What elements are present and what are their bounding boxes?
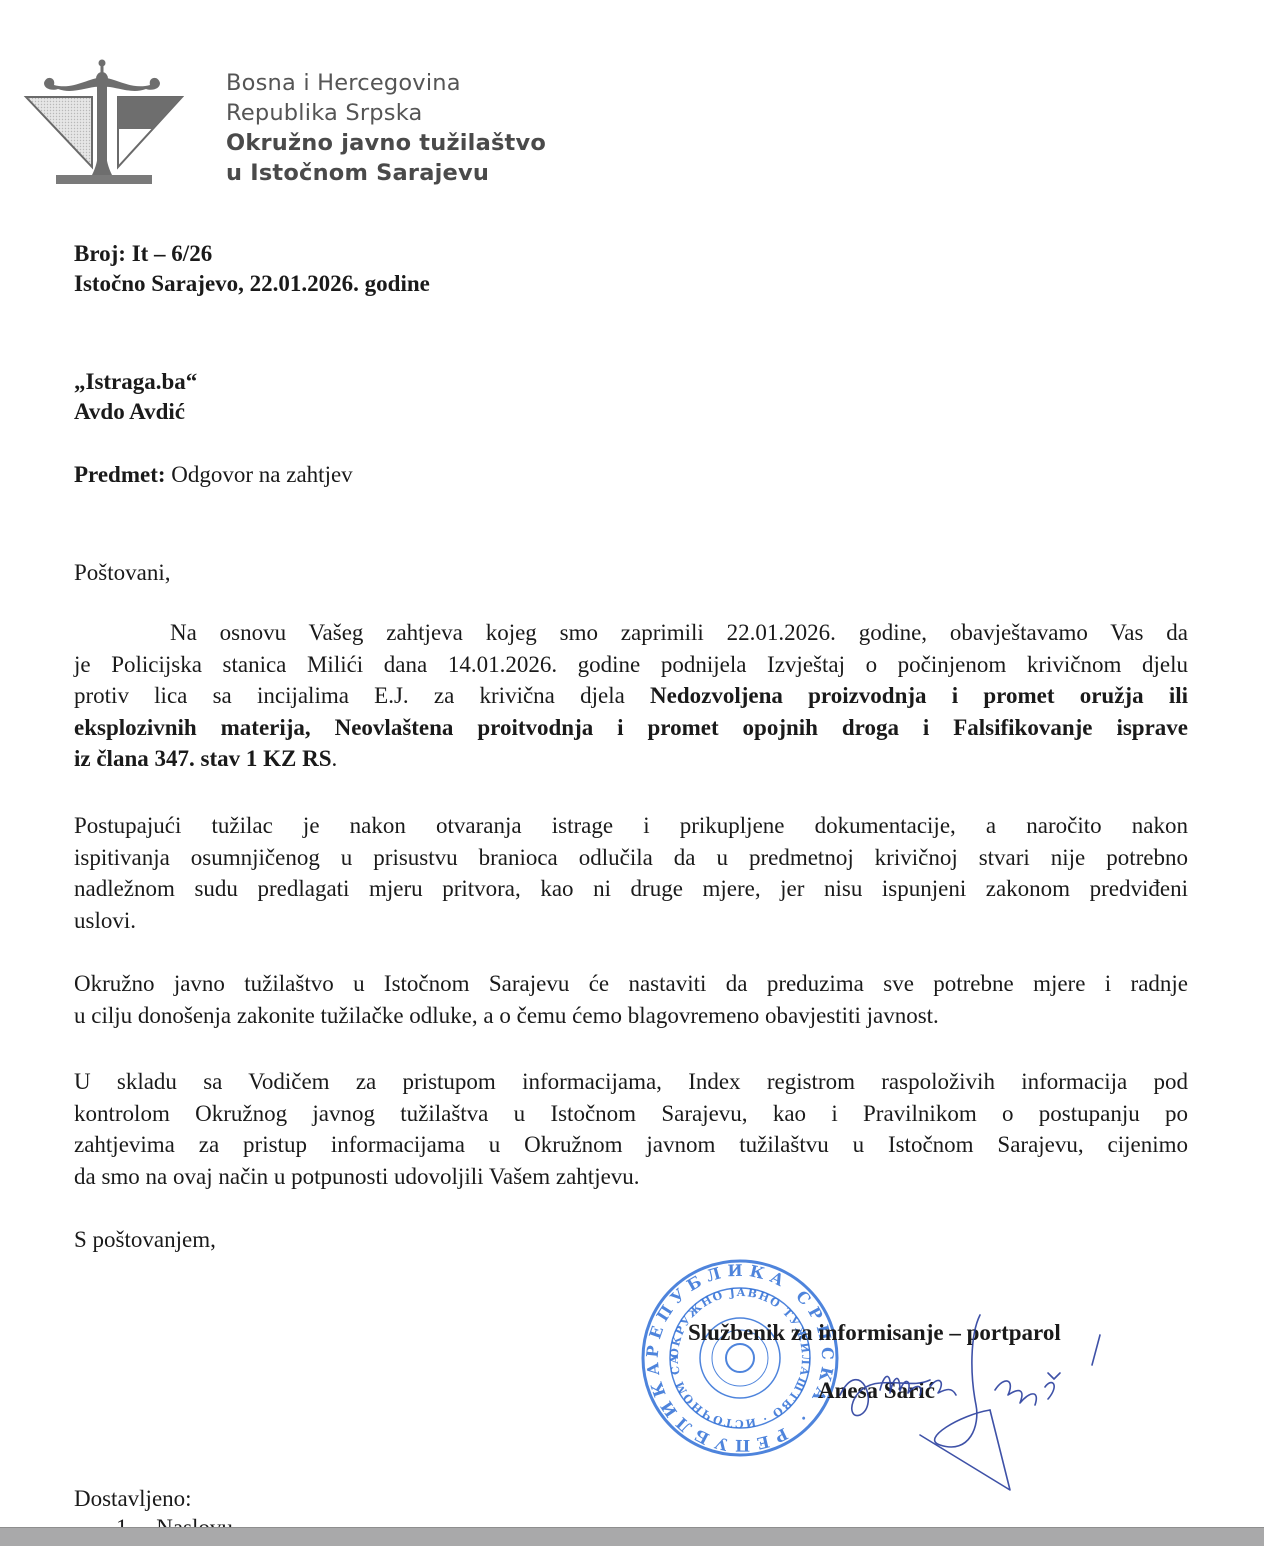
viewer-bottom-bar [0,1527,1264,1546]
paragraph-report-info: Na osnovu Vašeg zahtjeva kojeg smo zapri… [74,617,1188,775]
paragraph-line: protiv lica sa incijalima E.J. za krivič… [74,680,1188,712]
reference-number: Broj: It – 6/26 [74,239,212,269]
paragraph-line: kontrolom Okružnog javnog tužilaštva u I… [74,1098,1188,1130]
paragraph-line: Postupajući tužilac je nakon otvaranja i… [74,810,1188,842]
paragraph-line: U skladu sa Vodičem za pristupom informa… [74,1066,1188,1098]
text-segment: protiv lica sa incijalima E.J. za krivič… [74,683,650,708]
letterhead-city: u Istočnom Sarajevu [226,158,546,188]
letterhead: Bosna i Hercegovina Republika Srpska Okr… [226,68,546,188]
paragraph-line: uslovi. [74,905,1188,937]
legal-article: iz člana 347. stav 1 KZ RS [74,746,331,771]
criminal-offences: Nedozvoljena proizvodnja i promet oružja… [650,683,1188,708]
letterhead-country: Bosna i Hercegovina [226,68,546,98]
subject-value: Odgovor na zahtjev [166,462,353,487]
text-segment: . [331,746,337,771]
paragraph-line: eksplozivnih materija, Neovlaštena proit… [74,712,1188,744]
paragraph-further-measures: Okružno javno tužilaštvo u Istočnom Sara… [74,968,1188,1031]
handwritten-signature-icon [820,1295,1120,1495]
delivered-label: Dostavljeno: [74,1484,192,1514]
paragraph-prosecutor-decision: Postupajući tužilac je nakon otvaranja i… [74,810,1188,936]
recipient-organization: „Istraga.ba“ [74,367,197,397]
paragraph-line: Okružno javno tužilaštvo u Istočnom Sara… [74,968,1188,1000]
letterhead-office: Okružno javno tužilaštvo [226,128,546,158]
paragraph-line: da smo na ovaj način u potpunosti udovol… [74,1161,1188,1193]
salutation: Poštovani, [74,558,170,588]
paragraph-line: nadležnom sudu predlagati mjeru pritvora… [74,873,1188,905]
recipient-name: Avdo Avdić [74,397,185,427]
official-round-stamp-icon: РЕПУБЛИКА СРПСКА · РЕПУБЛИКА ОКРУЖНО ЈАВ… [640,1258,840,1458]
paragraph-line: je Policijska stanica Milići dana 14.01.… [74,649,1188,681]
place-date: Istočno Sarajevo, 22.01.2026. godine [74,269,430,299]
paragraph-line: u cilju donošenja zakonite tužilačke odl… [74,1000,1188,1032]
paragraph-line: ispitivanja osumnjičenog u prisustvu bra… [74,842,1188,874]
subject-label: Predmet: [74,462,166,487]
subject-line: Predmet: Odgovor na zahtjev [74,460,353,490]
paragraph-access-to-information: U skladu sa Vodičem za pristupom informa… [74,1066,1188,1192]
paragraph-line: Na osnovu Vašeg zahtjeva kojeg smo zapri… [74,617,1188,649]
letterhead-entity: Republika Srpska [226,98,546,128]
paragraph-line: iz člana 347. stav 1 KZ RS. [74,743,1188,775]
scales-of-justice-logo-icon [22,55,184,195]
paragraph-line: zahtjevima za pristup informacijama u Ok… [74,1129,1188,1161]
document-page: Bosna i Hercegovina Republika Srpska Okr… [0,0,1264,1527]
closing: S poštovanjem, [74,1225,216,1255]
